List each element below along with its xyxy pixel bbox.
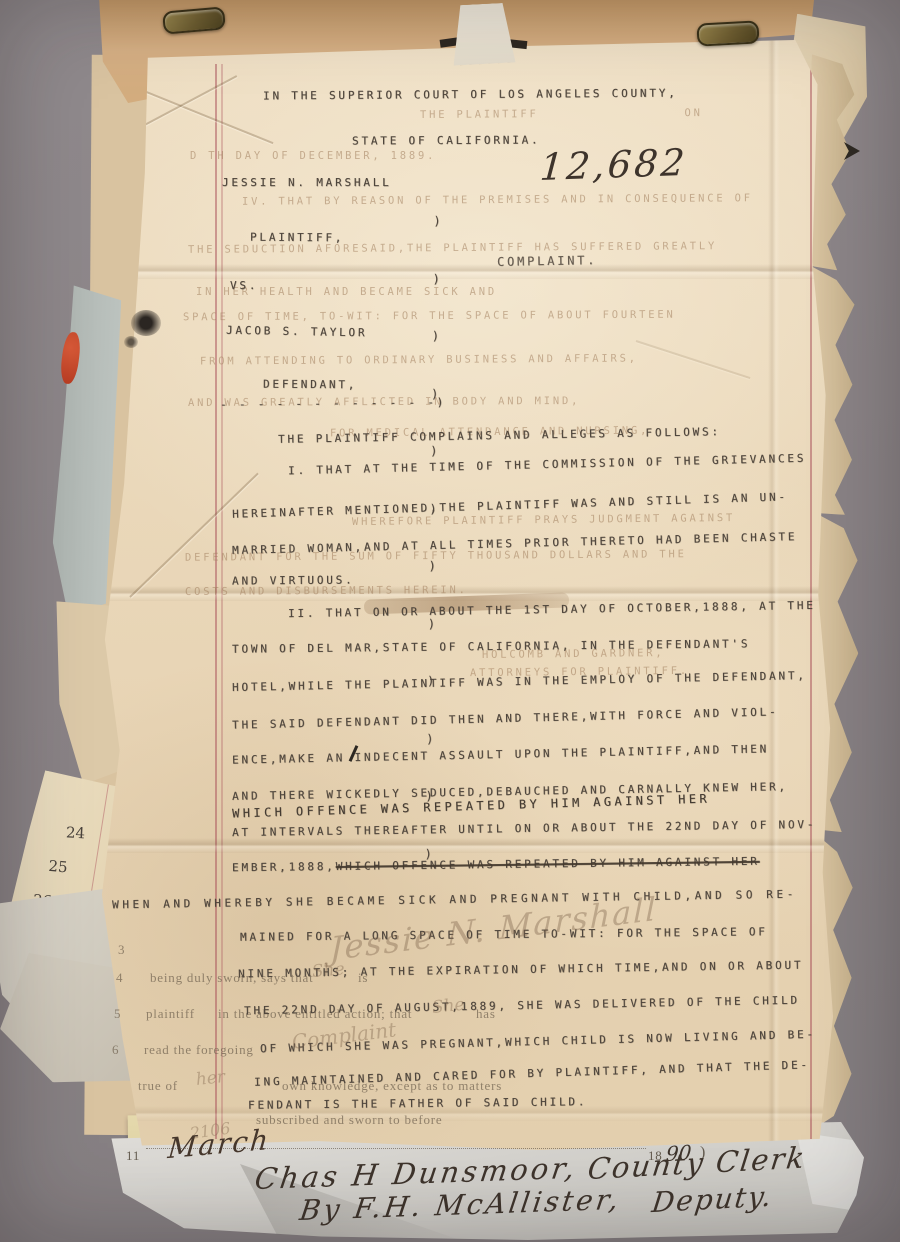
- form-line-number: 6: [112, 1042, 119, 1058]
- form-fill-handwriting: her: [195, 1067, 226, 1090]
- caption-divider: - - - - - - - - - - - -): [220, 396, 446, 411]
- form-fill-handwriting: She: [431, 995, 466, 1018]
- form-line-number: 3: [118, 942, 125, 958]
- vertical-crease: [768, 40, 780, 1150]
- line-number: 24: [65, 823, 85, 842]
- caption-bracket: ): [432, 269, 453, 289]
- fold-crease: [96, 264, 836, 279]
- fold-crease: [96, 838, 836, 853]
- deputy-title: Deputy.: [650, 1180, 775, 1220]
- plaintiff-label: PLAINTIFF,: [250, 231, 344, 245]
- typed-line: AND VIRTUOUS.: [232, 573, 355, 587]
- photographed-court-document: 24 25 26 27 THE PLAINTIFF O: [0, 0, 900, 1242]
- form-line-number: 5: [114, 1006, 121, 1022]
- struck-line-prefix: EMBER,1888,: [232, 860, 336, 874]
- defendant-name: JACOB S. TAYLOR: [226, 324, 368, 340]
- ink-smudge: [124, 336, 138, 348]
- form-text: plaintiff: [146, 1006, 195, 1022]
- court-state: STATE OF CALIFORNIA.: [352, 134, 541, 148]
- bleed-line: THE PLAINTIFF ON: [420, 107, 703, 121]
- bleed-line: SPACE OF TIME, TO-WIT: FOR THE SPACE OF …: [183, 309, 676, 324]
- form-text: subscribed and sworn to before: [256, 1112, 442, 1128]
- document-title: COMPLAINT.: [497, 253, 597, 269]
- form-text: read the foregoing: [144, 1042, 254, 1058]
- form-line-number: 11: [126, 1148, 140, 1164]
- case-number-handwritten: 12,682: [538, 141, 688, 189]
- plaintiff-name: JESSIE N. MARSHALL: [222, 176, 392, 189]
- caption-bracket: ): [430, 442, 451, 462]
- caption-bracket: ): [428, 557, 449, 577]
- form-line-number: 4: [116, 970, 123, 986]
- defendant-label: DEFENDANT,: [263, 378, 357, 392]
- bleed-line: D TH DAY OF DECEMBER, 1889.: [190, 150, 436, 162]
- form-text: true of: [138, 1078, 178, 1094]
- ink-smudge: [131, 310, 161, 336]
- caption-bracket: ): [426, 729, 447, 749]
- line-number: 25: [48, 857, 69, 877]
- caption-bracket: ): [433, 212, 454, 232]
- diagonal-crease: [636, 340, 751, 379]
- caption-bracket: ): [432, 327, 453, 347]
- versus-label: VS.: [230, 279, 258, 292]
- brass-fastener-right: [696, 20, 759, 46]
